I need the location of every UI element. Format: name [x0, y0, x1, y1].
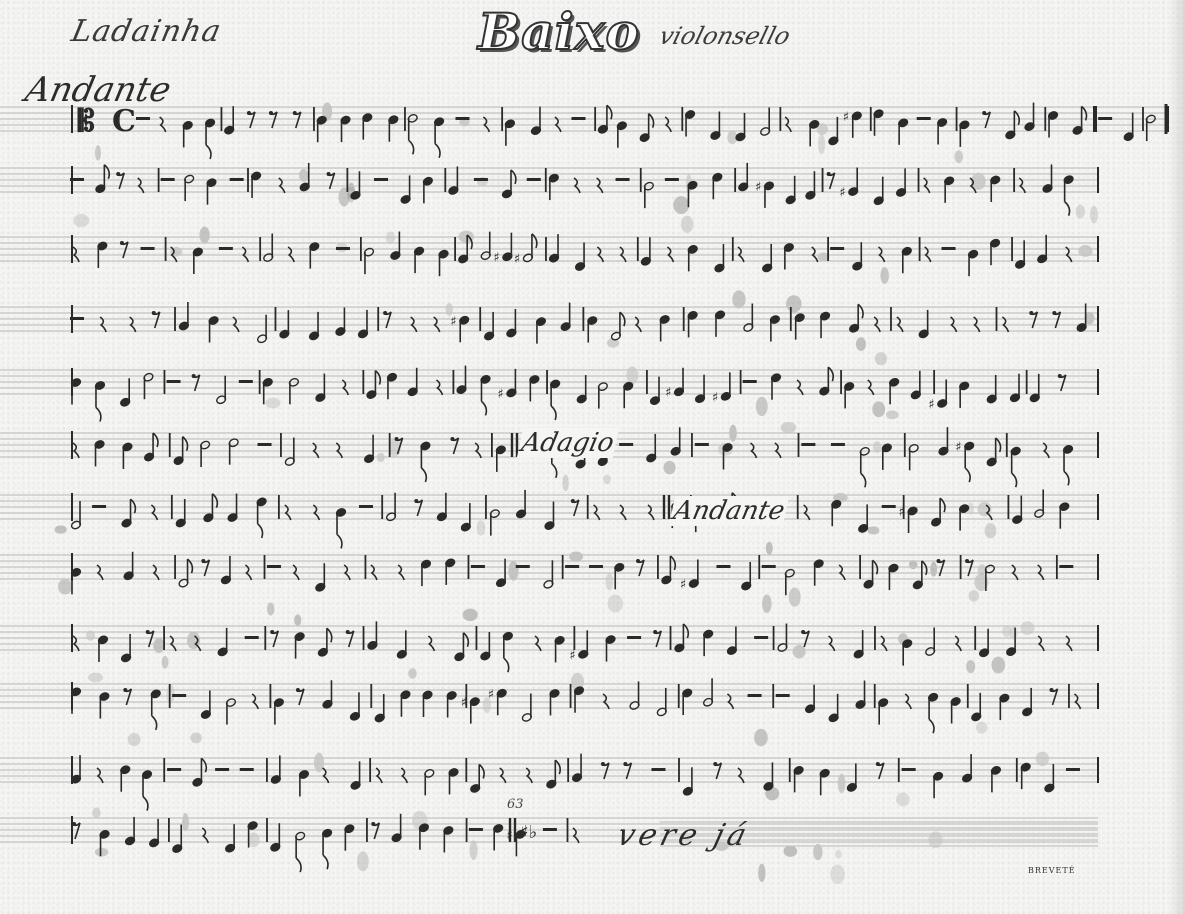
ink-stain	[128, 733, 141, 746]
rest-dot	[247, 111, 251, 115]
ink-stain	[162, 656, 169, 669]
note-flag	[143, 797, 148, 811]
half-rest	[776, 694, 790, 697]
half-rest	[239, 380, 253, 383]
ink-stain	[867, 526, 879, 534]
rest-dot	[965, 559, 969, 563]
ink-stain	[73, 214, 89, 227]
ink-stain	[463, 609, 478, 621]
note-flag	[296, 858, 301, 872]
half-rest	[136, 117, 150, 120]
note-flag	[152, 716, 157, 730]
half-rest	[830, 247, 844, 250]
ink-stain	[408, 668, 416, 679]
rest-dot	[201, 559, 205, 563]
half-rest	[219, 247, 233, 250]
ink-stain	[508, 561, 518, 581]
ink-stain	[969, 590, 980, 602]
half-rest	[215, 768, 229, 771]
ink-stain	[386, 232, 395, 245]
ink-stain	[663, 461, 675, 474]
ink-stain	[267, 602, 274, 615]
rest-dot	[120, 241, 124, 245]
rest-dot	[653, 630, 657, 634]
rest-dot	[346, 630, 350, 634]
rest-dot	[876, 762, 880, 766]
half-rest	[651, 768, 665, 771]
note-flag	[1064, 471, 1069, 485]
sharp-icon: ♯	[755, 180, 761, 195]
ink-stain	[784, 845, 798, 856]
key-signature-icon: ♯♭	[520, 822, 537, 843]
ink-stain	[681, 216, 693, 233]
half-rest	[571, 117, 585, 120]
half-rest	[1059, 565, 1073, 568]
ink-stain	[991, 657, 1005, 674]
rest-dot	[1029, 311, 1033, 315]
sharp-icon: ♯	[843, 110, 849, 125]
half-rest	[748, 694, 762, 697]
ink-stain	[357, 851, 369, 871]
ink-stain	[872, 401, 885, 417]
half-rest	[1066, 768, 1080, 771]
note-flag	[435, 144, 440, 158]
half-rest	[565, 565, 579, 568]
sharp-icon: ♯	[839, 186, 845, 201]
ink-stain	[605, 573, 613, 590]
ink-stain	[199, 226, 209, 243]
ink-stain	[1076, 205, 1085, 219]
ink-stain	[1090, 206, 1098, 224]
rest-dot	[269, 111, 273, 115]
half-rest	[336, 247, 350, 250]
ink-stain	[294, 614, 301, 625]
sharp-icon: ♯	[680, 577, 686, 592]
ink-stain	[856, 337, 866, 351]
note-flag	[929, 719, 934, 733]
half-rest	[882, 505, 896, 508]
rest-dot	[982, 111, 986, 115]
rest-dot	[116, 172, 120, 176]
ink-stain	[766, 542, 773, 555]
half-rest	[589, 565, 603, 568]
half-rest	[716, 565, 730, 568]
half-rest	[543, 828, 557, 831]
half-rest	[70, 317, 84, 320]
sharp-icon: ♯	[928, 397, 934, 412]
half-rest	[516, 565, 530, 568]
rest-dot	[72, 822, 76, 826]
rest-dot	[152, 311, 156, 315]
sharp-icon: ♯	[493, 251, 499, 266]
rest-dot	[123, 688, 127, 692]
ink-stain	[793, 645, 806, 658]
sharp-icon: ♯	[497, 387, 503, 402]
sharp-icon: ♯	[461, 696, 467, 711]
tempo-marking-andante: Andante	[22, 70, 175, 110]
ink-stain	[875, 352, 887, 365]
half-rest	[917, 117, 931, 120]
half-rest	[743, 380, 757, 383]
half-rest	[902, 768, 916, 771]
ink-stain	[88, 673, 103, 683]
ink-stain	[954, 150, 963, 163]
rest-dot	[636, 559, 640, 563]
sharp-icon: ♯	[899, 505, 905, 520]
half-rest	[172, 694, 186, 697]
half-rest	[474, 178, 488, 181]
ink-stain	[830, 865, 845, 885]
half-rest	[801, 443, 815, 446]
ink-stain	[182, 813, 189, 831]
half-rest	[469, 828, 483, 831]
part-title: Baixo	[478, 2, 640, 61]
ink-stain	[786, 295, 802, 312]
ink-stain	[673, 196, 689, 214]
ink-stain	[886, 410, 899, 419]
half-rest	[754, 636, 768, 639]
rest-dot	[1052, 311, 1056, 315]
ink-stain	[95, 848, 108, 857]
ink-stain	[880, 267, 889, 284]
half-rest	[258, 443, 272, 446]
ink-stain	[818, 134, 825, 154]
ink-stain	[1002, 625, 1011, 637]
half-rest	[240, 768, 254, 771]
ink-stain	[603, 474, 611, 484]
rest-dot	[571, 499, 575, 503]
ink-stain	[95, 145, 101, 161]
note-flag	[481, 401, 486, 415]
note-flag	[421, 468, 426, 482]
rest-dot	[371, 822, 375, 826]
piece-title: Ladainha	[68, 14, 224, 49]
note-flag	[337, 534, 342, 548]
half-rest	[619, 443, 633, 446]
rest-dot	[623, 762, 627, 766]
ink-stain	[562, 474, 568, 491]
sharp-icon: ♯	[569, 648, 575, 663]
rest-dot	[1058, 374, 1062, 378]
rehearsal-number: 63	[507, 797, 524, 812]
half-rest	[455, 117, 469, 120]
half-rest	[70, 178, 84, 181]
note-flag	[1065, 202, 1070, 216]
sharp-icon: ♯	[450, 314, 456, 329]
sharp-icon: ♯	[514, 252, 520, 267]
ink-stain	[930, 562, 937, 577]
half-rest	[471, 565, 485, 568]
half-rest	[762, 565, 776, 568]
rest-dot	[936, 559, 940, 563]
half-rest	[374, 178, 388, 181]
half-rest	[942, 247, 956, 250]
final-barline	[1093, 106, 1097, 132]
ink-stain	[190, 733, 202, 743]
ink-stain	[58, 579, 72, 595]
tempo-marking-andante-2: Andante	[669, 496, 790, 526]
ink-stain	[985, 523, 997, 538]
closing-instruction: vere já	[614, 818, 754, 853]
half-rest	[245, 636, 259, 639]
ink-stain	[758, 864, 765, 883]
ink-stain	[732, 290, 745, 308]
rest-dot	[383, 311, 387, 315]
ink-stain	[265, 398, 280, 409]
rest-dot	[296, 688, 300, 692]
ink-stain	[762, 595, 771, 613]
half-rest	[167, 768, 181, 771]
ink-stain	[976, 722, 987, 734]
note-flag	[551, 406, 556, 420]
half-rest	[616, 178, 630, 181]
half-rest	[267, 565, 281, 568]
half-rest	[527, 178, 541, 181]
ink-stain	[781, 422, 797, 433]
note-flag	[504, 658, 509, 672]
sharp-icon: ♯	[712, 390, 718, 405]
rest-dot	[801, 630, 805, 634]
sharp-icon: ♯	[488, 687, 494, 702]
ink-stain	[477, 520, 486, 535]
rest-dot	[713, 762, 717, 766]
rest-dot	[450, 437, 454, 441]
note-flag	[258, 524, 263, 538]
note-flag	[96, 408, 101, 422]
ink-stain	[153, 638, 164, 653]
note-flag	[206, 145, 211, 159]
ink-stain	[896, 793, 910, 807]
ink-stain	[966, 660, 975, 673]
rest-dot	[827, 172, 831, 176]
note-flag	[861, 473, 866, 487]
half-rest	[831, 443, 845, 446]
half-rest	[695, 443, 709, 446]
sharp-icon: ♯	[955, 440, 961, 455]
ink-stain	[569, 551, 583, 561]
rest-dot	[270, 630, 274, 634]
sharp-icon: ♯	[665, 386, 671, 401]
ink-stain	[314, 753, 324, 773]
half-rest	[167, 380, 181, 383]
note-flag	[965, 468, 970, 482]
half-rest	[359, 505, 373, 508]
ink-stain	[92, 807, 101, 818]
ink-stain	[838, 774, 846, 793]
rest-dot	[192, 374, 196, 378]
half-rest	[161, 178, 175, 181]
ink-stain	[1020, 621, 1034, 635]
rest-dot	[293, 111, 297, 115]
ink-stain	[754, 729, 768, 747]
note-flag	[409, 140, 414, 154]
half-rest	[141, 247, 155, 250]
ink-stain	[756, 397, 768, 416]
rest-dot	[395, 437, 399, 441]
ink-stain	[470, 840, 478, 860]
ink-stain	[835, 850, 842, 859]
tempo-marking-adagio: Adagio	[517, 428, 619, 458]
note-flag	[1012, 473, 1017, 487]
ink-stain	[55, 525, 67, 533]
instrument-name: violonsello	[656, 22, 793, 50]
half-rest	[665, 178, 679, 181]
note-flag	[552, 464, 557, 478]
rest-dot	[327, 172, 331, 176]
half-rest	[1098, 117, 1112, 120]
rest-dot	[1050, 688, 1054, 692]
rest-dot	[414, 499, 418, 503]
paper-imprint: BREVETÉ	[1028, 866, 1076, 875]
rest-dot	[601, 762, 605, 766]
half-rest	[92, 505, 106, 508]
ink-stain	[608, 595, 624, 613]
note-flag	[323, 855, 328, 869]
ink-stain	[789, 587, 801, 606]
rest-dot	[146, 630, 150, 634]
half-rest	[627, 636, 641, 639]
half-rest	[230, 178, 244, 181]
